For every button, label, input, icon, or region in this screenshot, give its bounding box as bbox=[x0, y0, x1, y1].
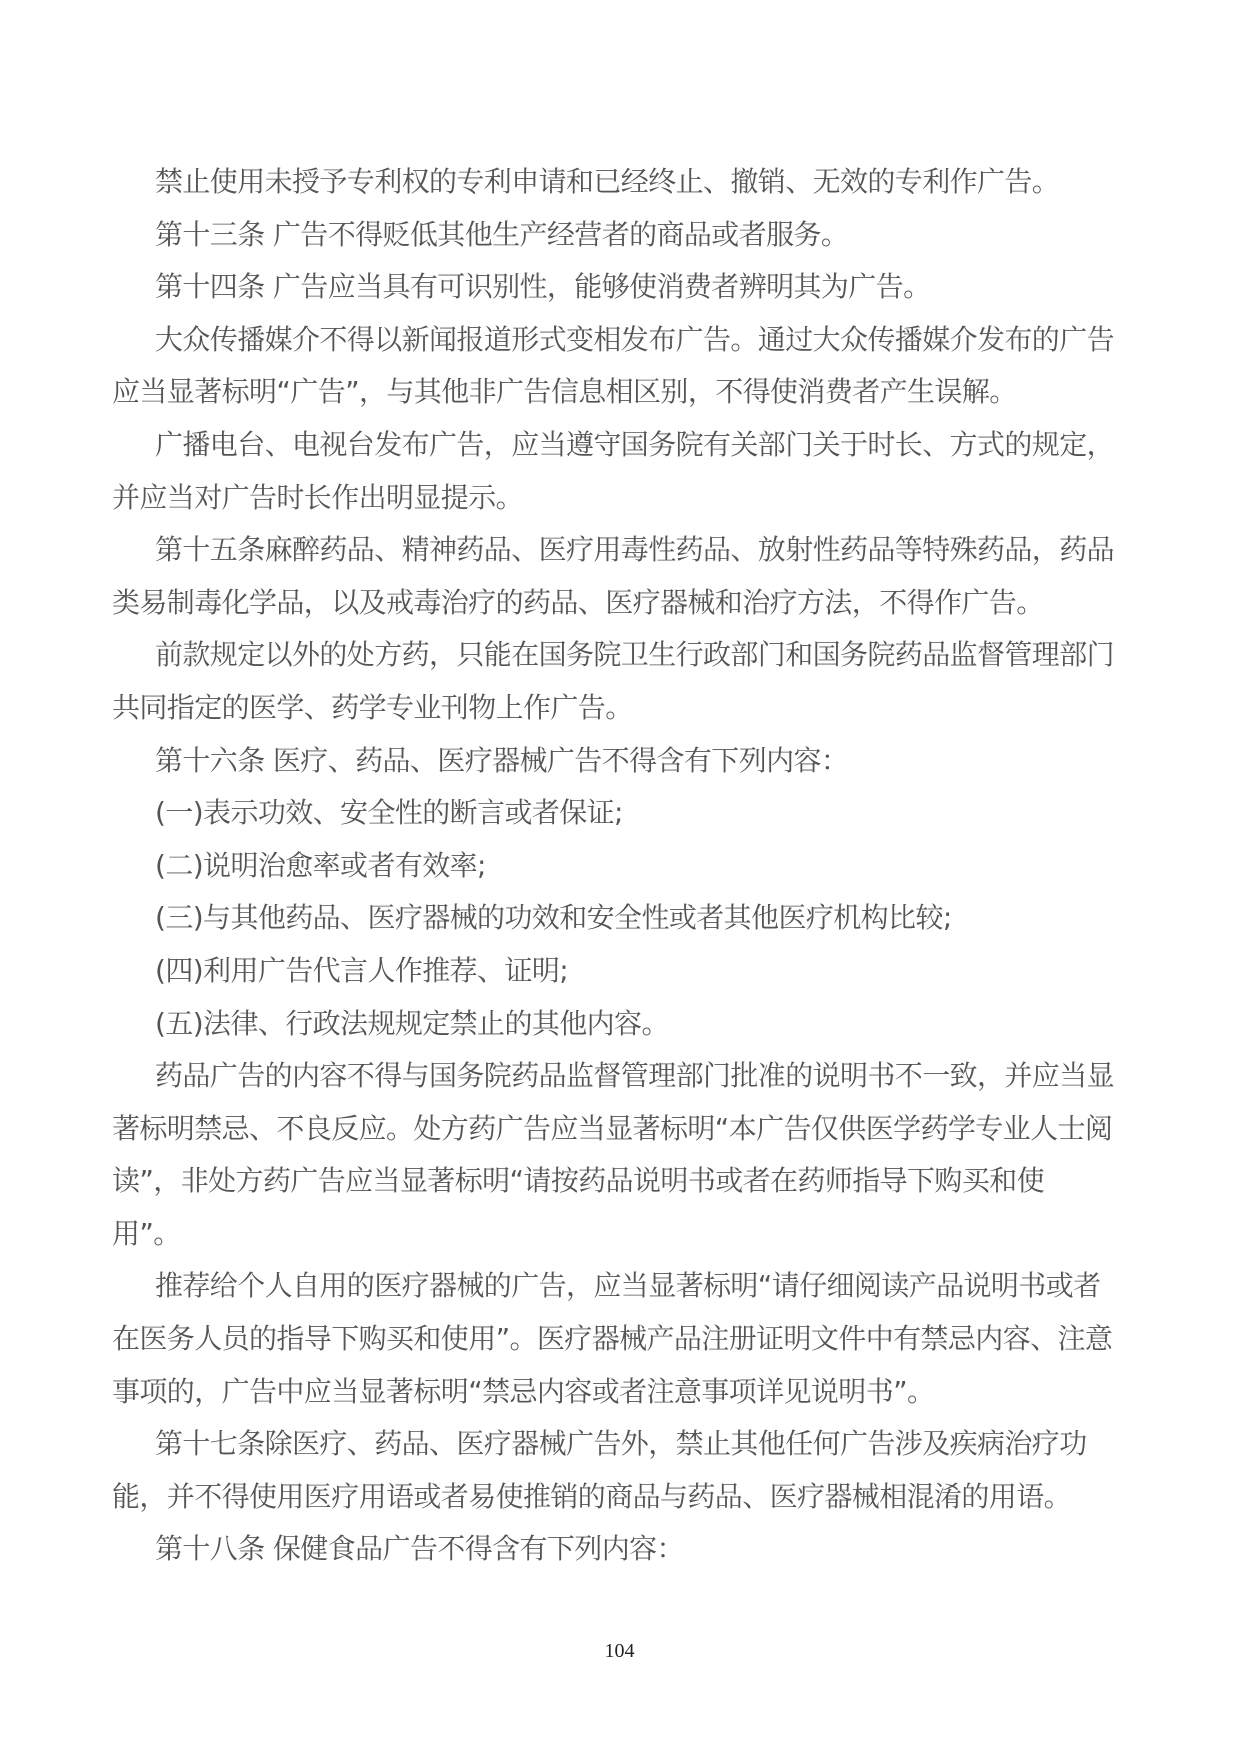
text-line: 应当显著标明“广告”，与其他非广告信息相区别，不得使消费者产生误解。 bbox=[112, 366, 1102, 419]
article-16-line: 第十六条 医疗、药品、医疗器械广告不得含有下列内容： bbox=[112, 735, 1102, 788]
text-line: 能，并不得使用医疗用语或者易使推销的商品与药品、医疗器械相混淆的用语。 bbox=[112, 1471, 1102, 1524]
list-item: (四)利用广告代言人作推荐、证明; bbox=[112, 945, 1102, 998]
text-line: 并应当对广告时长作出明显提示。 bbox=[112, 472, 1102, 525]
text-line: 广播电台、电视台发布广告，应当遵守国务院有关部门关于时长、方式的规定， bbox=[112, 419, 1102, 472]
text-line: 前款规定以外的处方药，只能在国务院卫生行政部门和国务院药品监督管理部门 bbox=[112, 629, 1102, 682]
text-line: 用”。 bbox=[112, 1208, 1102, 1261]
text-line: 推荐给个人自用的医疗器械的广告，应当显著标明“请仔细阅读产品说明书或者 bbox=[112, 1260, 1102, 1313]
article-14-line: 第十四条 广告应当具有可识别性，能够使消费者辨明其为广告。 bbox=[112, 261, 1102, 314]
list-item: (五)法律、行政法规规定禁止的其他内容。 bbox=[112, 998, 1102, 1051]
text-line: 禁止使用未授予专利权的专利申请和已经终止、撤销、无效的专利作广告。 bbox=[112, 156, 1102, 209]
list-item: (三)与其他药品、医疗器械的功效和安全性或者其他医疗机构比较; bbox=[112, 892, 1102, 945]
text-line: 读”，非处方药广告应当显著标明“请按药品说明书或者在药师指导下购买和使 bbox=[112, 1155, 1102, 1208]
text-line: 大众传播媒介不得以新闻报道形式变相发布广告。通过大众传播媒介发布的广告 bbox=[112, 314, 1102, 367]
text-line: 在医务人员的指导下购买和使用”。医疗器械产品注册证明文件中有禁忌内容、注意 bbox=[112, 1313, 1102, 1366]
article-17-line: 第十七条除医疗、药品、医疗器械广告外，禁止其他任何广告涉及疾病治疗功 bbox=[112, 1418, 1102, 1471]
text-line: 事项的，广告中应当显著标明“禁忌内容或者注意事项详见说明书”。 bbox=[112, 1366, 1102, 1419]
text-line: 药品广告的内容不得与国务院药品监督管理部门批准的说明书不一致，并应当显 bbox=[112, 1050, 1102, 1103]
text-line: 著标明禁忌、不良反应。处方药广告应当显著标明“本广告仅供医学药学专业人士阅 bbox=[112, 1103, 1102, 1156]
text-line: 共同指定的医学、药学专业刊物上作广告。 bbox=[112, 682, 1102, 735]
article-18-line: 第十八条 保健食品广告不得含有下列内容： bbox=[112, 1523, 1102, 1576]
article-15-line: 第十五条麻醉药品、精神药品、医疗用毒性药品、放射性药品等特殊药品，药品 bbox=[112, 524, 1102, 577]
text-line: 类易制毒化学品，以及戒毒治疗的药品、医疗器械和治疗方法，不得作广告。 bbox=[112, 577, 1102, 630]
document-body: 禁止使用未授予专利权的专利申请和已经终止、撤销、无效的专利作广告。 第十三条 广… bbox=[112, 156, 1102, 1576]
list-item: (一)表示功效、安全性的断言或者保证; bbox=[112, 787, 1102, 840]
list-item: (二)说明治愈率或者有效率; bbox=[112, 840, 1102, 893]
document-page: 禁止使用未授予专利权的专利申请和已经终止、撤销、无效的专利作广告。 第十三条 广… bbox=[0, 0, 1239, 1754]
page-number: 104 bbox=[0, 1640, 1239, 1663]
article-13-line: 第十三条 广告不得贬低其他生产经营者的商品或者服务。 bbox=[112, 209, 1102, 262]
